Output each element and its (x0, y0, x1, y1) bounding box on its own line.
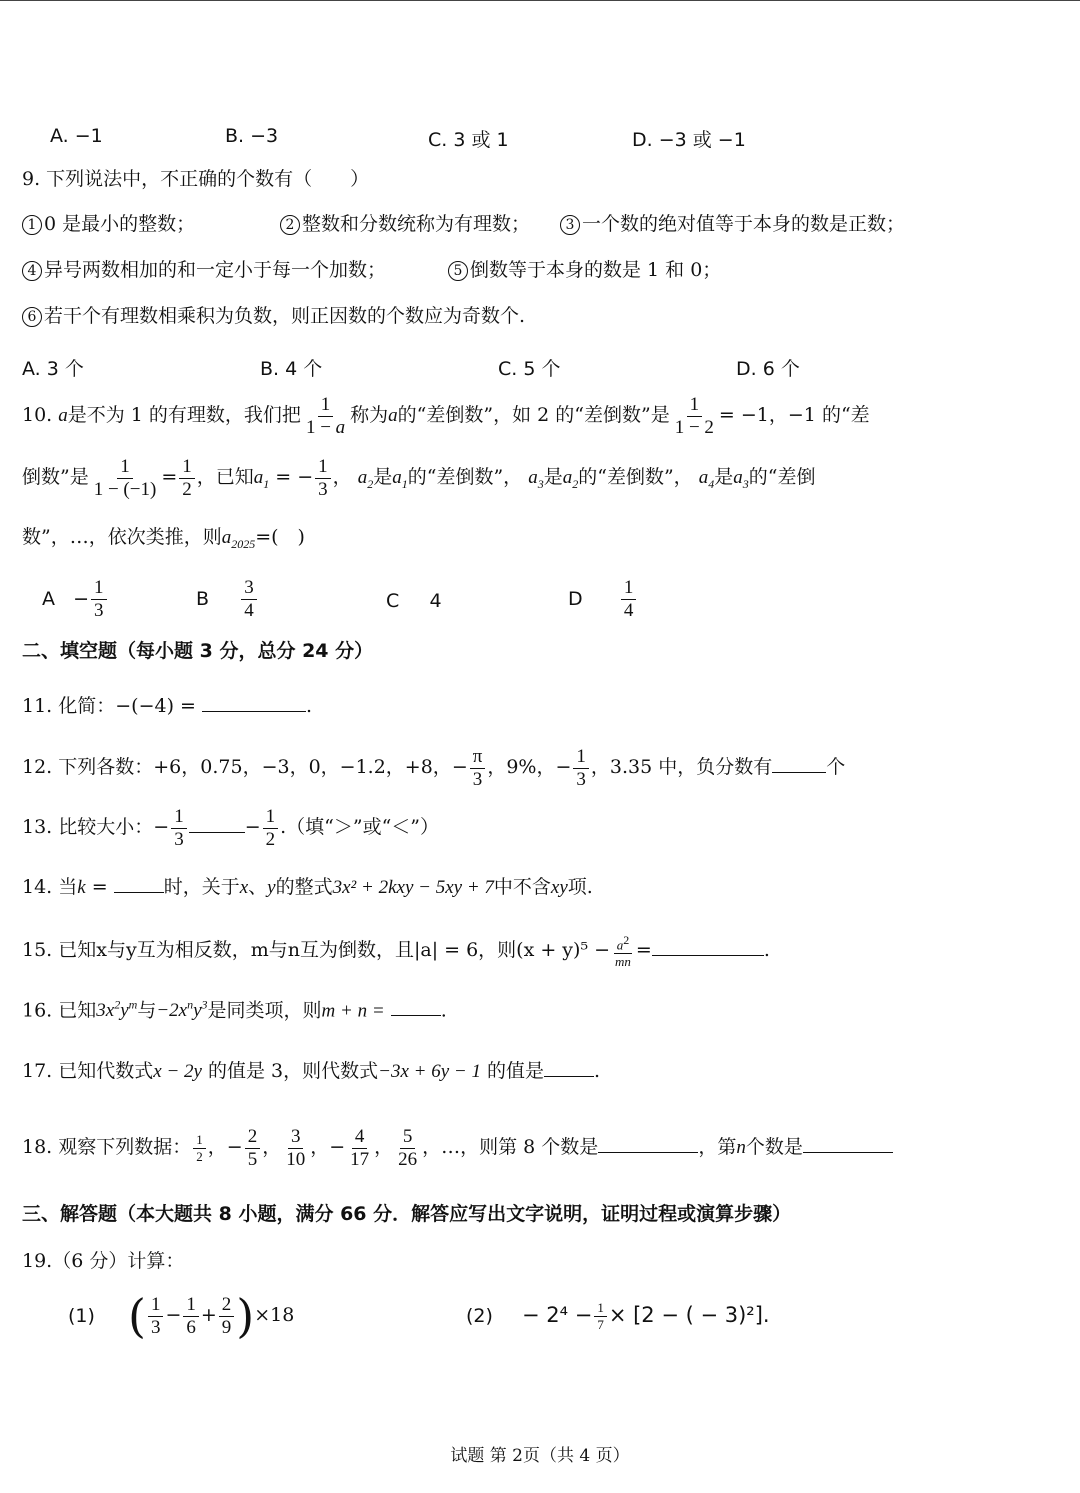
q10-text: 的“差倒数”， (578, 466, 692, 488)
section-2-title: 二、填空题（每小题 3 分，总分 24 分） (22, 642, 373, 661)
var-a2: a2 (358, 467, 374, 488)
q9-item-2: 2整数和分数统称为有理数； (280, 215, 530, 235)
q17-text: 17. 已知代数式 (22, 1060, 153, 1082)
q16-text: 是同类项，则 (208, 999, 322, 1021)
q10-text: 的“差倒数”， (408, 466, 522, 488)
q10-option-c: C 4 (386, 590, 442, 612)
q19-expression: − 2⁴ − (522, 1303, 592, 1327)
q9-item-text: 一个数的绝对值等于本身的数是正数； (582, 213, 905, 235)
q8-option-c: C. 3 或 1 (428, 125, 509, 152)
answer-blank[interactable] (544, 1060, 594, 1077)
q14-expression: 3x² + 2kxy − 5xy + 7 (333, 877, 494, 898)
q10-option-d: D 14 (568, 578, 638, 621)
answer-blank[interactable] (114, 876, 164, 893)
q10-text: 数”，…，依次类推，则 (22, 526, 222, 548)
circled-number: 6 (22, 307, 42, 327)
q19-expression: × [2 − ( − 3)²]. (609, 1303, 770, 1327)
q9-item-6: 6若干个有理数相乘积为负数，则正因数的个数应为奇数个. (22, 307, 525, 327)
q8-option-a: A. −1 (50, 125, 103, 147)
fraction: 12 (263, 807, 279, 850)
q10-text: 是 (373, 466, 392, 488)
q10-text: 的“差倒 (749, 466, 816, 488)
q12-text: ，9%， (487, 756, 555, 778)
q10-text: 是 (714, 466, 733, 488)
q13-text: 13. 比较大小： (22, 816, 153, 838)
fraction: 34 (241, 578, 257, 621)
var-a: a (58, 405, 68, 426)
var-a3: a3 (733, 467, 749, 488)
q19-stem: 19.（6 分）计算： (22, 1252, 184, 1271)
fraction: 417 (347, 1127, 372, 1170)
q10-text: 倒数”是 (22, 466, 89, 488)
q10-line-2: 倒数”是11 − (−1)=12，已知a1 = −13， a2是a1的“差倒数”… (22, 452, 815, 509)
fraction: 13 (91, 578, 107, 621)
fraction: π3 (470, 747, 486, 790)
q9-option-d: D. 6 个 (736, 354, 800, 381)
fraction: 13 (171, 807, 187, 850)
q12-text: 个 (826, 756, 845, 778)
q9-item-3: 3一个数的绝对值等于本身的数是正数； (560, 215, 905, 235)
q17: 17. 已知代数式x − 2y 的值是 3，则代数式−3x + 6y − 1 的… (22, 1060, 600, 1081)
q16: 16. 已知3x2ym与−2xny3是同类项，则m + n = . (22, 999, 447, 1020)
fraction: 11 − a (303, 395, 348, 438)
option-label: B (196, 588, 209, 610)
option-value: 4 (429, 590, 441, 612)
fraction: 14 (621, 578, 637, 621)
q19-part-1-label: (1) (68, 1305, 95, 1327)
var-a3: a3 (528, 467, 544, 488)
q10-text: 的“差倒数”，如 2 的“差倒数”是 (398, 404, 670, 426)
q16-text: 16. 已知 (22, 999, 96, 1021)
answer-blank[interactable] (598, 1136, 698, 1153)
q10-text: 是不为 1 的有理数，我们把 (68, 404, 301, 426)
option-label: C (386, 590, 399, 612)
q9-option-a: A. 3 个 (22, 354, 84, 381)
answer-blank[interactable] (391, 999, 441, 1016)
q16-expression: m + n = (322, 1000, 385, 1021)
q14-text: 14. 当 (22, 876, 77, 898)
var-a4: a4 (699, 467, 715, 488)
q14-text: 的整式 (276, 876, 333, 898)
q12: 12. 下列各数：+6，0.75，−3，0，−1.2，+8，−π3，9%，−13… (22, 742, 845, 792)
q14-text: 中不含 (494, 876, 551, 898)
q14-text: 项. (568, 876, 593, 898)
q14-text: 、 (248, 876, 267, 898)
q17-expression: x − 2y (153, 1061, 202, 1082)
answer-blank[interactable] (202, 695, 306, 712)
q10-text: ， (333, 466, 352, 488)
q10-number: 10. (22, 404, 52, 426)
fraction: 25 (245, 1127, 261, 1170)
q14: 14. 当k = 时，关于x、y的整式3x² + 2kxy − 5xy + 7中… (22, 876, 593, 897)
circled-number: 5 (448, 261, 468, 281)
answer-blank[interactable] (189, 816, 245, 833)
q9-option-c: C. 5 个 (498, 354, 560, 381)
q17-text: 的值是 3，则代数式 (208, 1060, 378, 1082)
fraction: 11 − 2 (672, 395, 717, 438)
section-3-title: 三、解答题（本大题共 8 小题，满分 66 分．解答应写出文字说明，证明过程或演… (22, 1205, 791, 1224)
q9-item-5: 5倒数等于本身的数是 1 和 0； (448, 261, 721, 281)
fraction: 12 (179, 457, 195, 500)
circled-number: 1 (22, 215, 42, 235)
fraction: a2mn (612, 934, 634, 969)
answer-blank[interactable] (772, 756, 826, 773)
q10-text: 称为 (350, 404, 388, 426)
q18-text: ，第 (698, 1136, 736, 1158)
page-top-border (0, 0, 1080, 1)
fraction: 13 (315, 457, 331, 500)
q10-text: 是 (544, 466, 563, 488)
q9-option-b: B. 4 个 (260, 354, 322, 381)
q16-text: 与 (137, 999, 156, 1021)
q9-item-1: 10 是最小的整数； (22, 215, 195, 235)
q18: 18. 观察下列数据：12，−25，310，−417，526，…，则第 8 个数… (22, 1120, 893, 1175)
fraction: 11 − (−1) (91, 457, 160, 500)
answer-blank[interactable] (652, 939, 764, 956)
circled-number: 4 (22, 261, 42, 281)
q9-item-text: 整数和分数统称为有理数； (302, 213, 530, 235)
q18-text: ，…，则第 8 个数是 (422, 1136, 598, 1158)
q9-stem: 9. 下列说法中，不正确的个数有（ ） (22, 170, 369, 189)
fraction: 29 (219, 1295, 235, 1338)
q9-item-text: 倒数等于本身的数是 1 和 0； (470, 259, 721, 281)
q10-text: =( ) (255, 526, 305, 548)
q8-option-b: B. −3 (225, 125, 278, 147)
q9-item-text: 若干个有理数相乘积为负数，则正因数的个数应为奇数个. (44, 305, 525, 327)
q10-line-3: 数”，…，依次类推，则a2025=( ) (22, 528, 305, 550)
q15-text: 15. 已知x与y互为相反数，m与n互为倒数，且|a| = 6，则(x + y)… (22, 939, 610, 961)
circled-number: 2 (280, 215, 300, 235)
fraction: 13 (573, 747, 589, 790)
q19-part-2-label: (2) (466, 1305, 493, 1327)
q18-text: 个数是 (746, 1136, 803, 1158)
q12-text: ，3.35 中，负分数有 (591, 756, 772, 778)
option-label: D (568, 588, 583, 610)
q8-option-d: D. −3 或 −1 (632, 125, 746, 152)
q13: 13. 比较大小：−13−12.（填“＞”或“＜”） (22, 802, 439, 852)
fraction: 526 (395, 1127, 420, 1170)
page-footer: 试题 第 2页（共 4 页） (0, 1441, 1080, 1466)
q10-text: ，已知 (197, 466, 254, 488)
fraction: 12 (193, 1133, 206, 1163)
q11: 11. 化简：−(−4) = . (22, 695, 312, 716)
var-a1: a1 (254, 467, 270, 488)
q13-text: .（填“＞”或“＜”） (280, 816, 439, 838)
fraction: 13 (148, 1295, 164, 1338)
var-a2025: a2025 (222, 527, 256, 548)
option-label: A (42, 588, 55, 610)
q17-text: 的值是 (487, 1060, 544, 1082)
sign: − (73, 588, 89, 610)
fraction: 16 (183, 1295, 199, 1338)
q9-item-text: 0 是最小的整数； (44, 213, 195, 235)
fraction: 17 (594, 1301, 607, 1331)
q19-part-1-expression: (13−16+29)×18 (128, 1290, 294, 1341)
q9-item-4: 4异号两数相加的和一定小于每一个加数； (22, 261, 386, 281)
q9-item-text: 异号两数相加的和一定小于每一个加数； (44, 259, 386, 281)
q18-text: 18. 观察下列数据： (22, 1136, 191, 1158)
q11-text: 11. 化简：−(−4) = (22, 695, 196, 717)
var-a: a (388, 405, 398, 426)
circled-number: 3 (560, 215, 580, 235)
q19-part-2-expression: − 2⁴ −17× [2 − ( − 3)²]. (522, 1295, 770, 1335)
q10-line-1: 10. a是不为 1 的有理数，我们把11 − a称为a的“差倒数”，如 2 的… (22, 390, 870, 441)
answer-blank[interactable] (803, 1136, 893, 1153)
q15: 15. 已知x与y互为相反数，m与n互为倒数，且|a| = 6，则(x + y)… (22, 928, 770, 972)
var-a2: a2 (563, 467, 579, 488)
q10-option-a: A −13 (42, 578, 109, 621)
var-a1: a1 (392, 467, 408, 488)
q10-option-b: B 34 (196, 578, 259, 621)
q14-text: 时，关于 (164, 876, 240, 898)
fraction: 310 (283, 1127, 308, 1170)
q17-expression: −3x + 6y − 1 (378, 1061, 481, 1082)
q12-text: 12. 下列各数：+6，0.75，−3，0，−1.2，+8， (22, 756, 452, 778)
q10-text: = −1，−1 的“差 (719, 404, 870, 426)
